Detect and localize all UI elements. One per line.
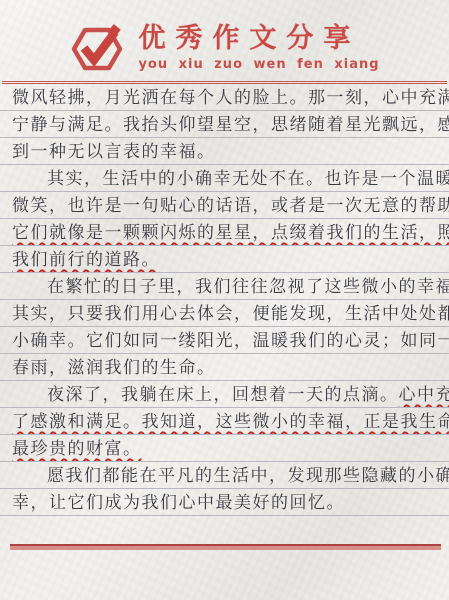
essay-line-text: 其实，生活中的小确幸无处不在。也许是一个温暖的 xyxy=(47,171,449,188)
essay-line: 微笑，也许是一句贴心的话语，或者是一次无意的帮助。 xyxy=(0,192,449,219)
essay-line: 幸，让它们成为我们心中最美好的回忆。 xyxy=(0,489,449,516)
essay-line: 到一种无以言表的幸福。 xyxy=(0,138,449,165)
essay-body: 微风轻拂，月光洒在每个人的脸上。那一刻，心中充满了 宁静与满足。我抬头仰望星空，… xyxy=(0,84,449,516)
essay-line: 春雨，滋润我们的生命。 xyxy=(0,354,449,381)
essay-line: 宁静与满足。我抬头仰望星空，思绪随着星光飘远，感受 xyxy=(0,111,449,138)
header: 优秀作文分享 you xiu zuo wen fen xiang xyxy=(0,20,449,76)
essay-line: 其实，只要我们用心去体会，便能发现，生活中处处都是 xyxy=(0,300,449,327)
essay-line-text: 幸，让它们成为我们心中最美好的回忆。 xyxy=(12,495,345,512)
title-pinyin: you xiu zuo wen fen xiang xyxy=(138,57,379,72)
essay-line-text: 了感激和满足。我知道，这些微小的幸福，正是我生命中 xyxy=(12,414,449,431)
essay-line: 小确幸。它们如同一缕阳光，温暖我们的心灵；如同一丝 xyxy=(0,327,449,354)
essay-line-text: 愿我们都能在平凡的生活中，发现那些隐藏的小确 xyxy=(47,468,449,485)
essay-paper: 优秀作文分享 you xiu zuo wen fen xiang 微风轻拂，月光… xyxy=(0,0,449,600)
essay-line-text: 夜深了，我躺在床上，回想着一天的点滴。 xyxy=(47,387,399,404)
essay-line-text: 其实，只要我们用心去体会，便能发现，生活中处处都是 xyxy=(12,306,449,323)
essay-line-text: 微风轻拂，月光洒在每个人的脸上。那一刻，心中充满了 xyxy=(12,90,449,107)
footer-divider xyxy=(10,544,441,550)
title-block: 优秀作文分享 you xiu zuo wen fen xiang xyxy=(138,24,379,72)
essay-line: 夜深了，我躺在床上，回想着一天的点滴。心中充满 xyxy=(0,381,449,408)
essay-line: 愿我们都能在平凡的生活中，发现那些隐藏的小确 xyxy=(0,462,449,489)
essay-line: 其实，生活中的小确幸无处不在。也许是一个温暖的 xyxy=(0,165,449,192)
page-title: 优秀作文分享 xyxy=(138,24,360,54)
essay-line-highlighted: 了感激和满足。我知道，这些微小的幸福，正是我生命中 xyxy=(0,408,449,435)
essay-line-text: 微笑，也许是一句贴心的话语，或者是一次无意的帮助。 xyxy=(12,198,449,215)
essay-line-highlighted: 我们前行的道路。 xyxy=(0,246,449,273)
essay-line-text: 到一种无以言表的幸福。 xyxy=(12,144,216,161)
essay-line-highlighted: 它们就像是一颗颗闪烁的星星，点缀着我们的生活，照亮 xyxy=(0,219,449,246)
essay-line: 微风轻拂，月光洒在每个人的脸上。那一刻，心中充满了 xyxy=(0,84,449,111)
essay-line: 在繁忙的日子里，我们往往忽视了这些微小的幸福。 xyxy=(0,273,449,300)
essay-line-text: 宁静与满足。我抬头仰望星空，思绪随着星光飘远，感受 xyxy=(12,117,449,134)
essay-line-highlight: 心中充满 xyxy=(399,387,449,404)
essay-line-text: 在繁忙的日子里，我们往往忽视了这些微小的幸福。 xyxy=(47,279,449,296)
essay-line-text: 春雨，滋润我们的生命。 xyxy=(12,360,216,377)
essay-line-text: 最珍贵的财富。 xyxy=(12,441,142,458)
essay-line-text: 小确幸。它们如同一缕阳光，温暖我们的心灵；如同一丝 xyxy=(12,333,449,350)
essay-line-text: 它们就像是一颗颗闪烁的星星，点缀着我们的生活，照亮 xyxy=(12,225,449,242)
hexagon-checkmark-icon xyxy=(69,20,125,76)
essay-line-text: 我们前行的道路。 xyxy=(12,252,160,269)
essay-line-highlighted: 最珍贵的财富。 xyxy=(0,435,449,462)
